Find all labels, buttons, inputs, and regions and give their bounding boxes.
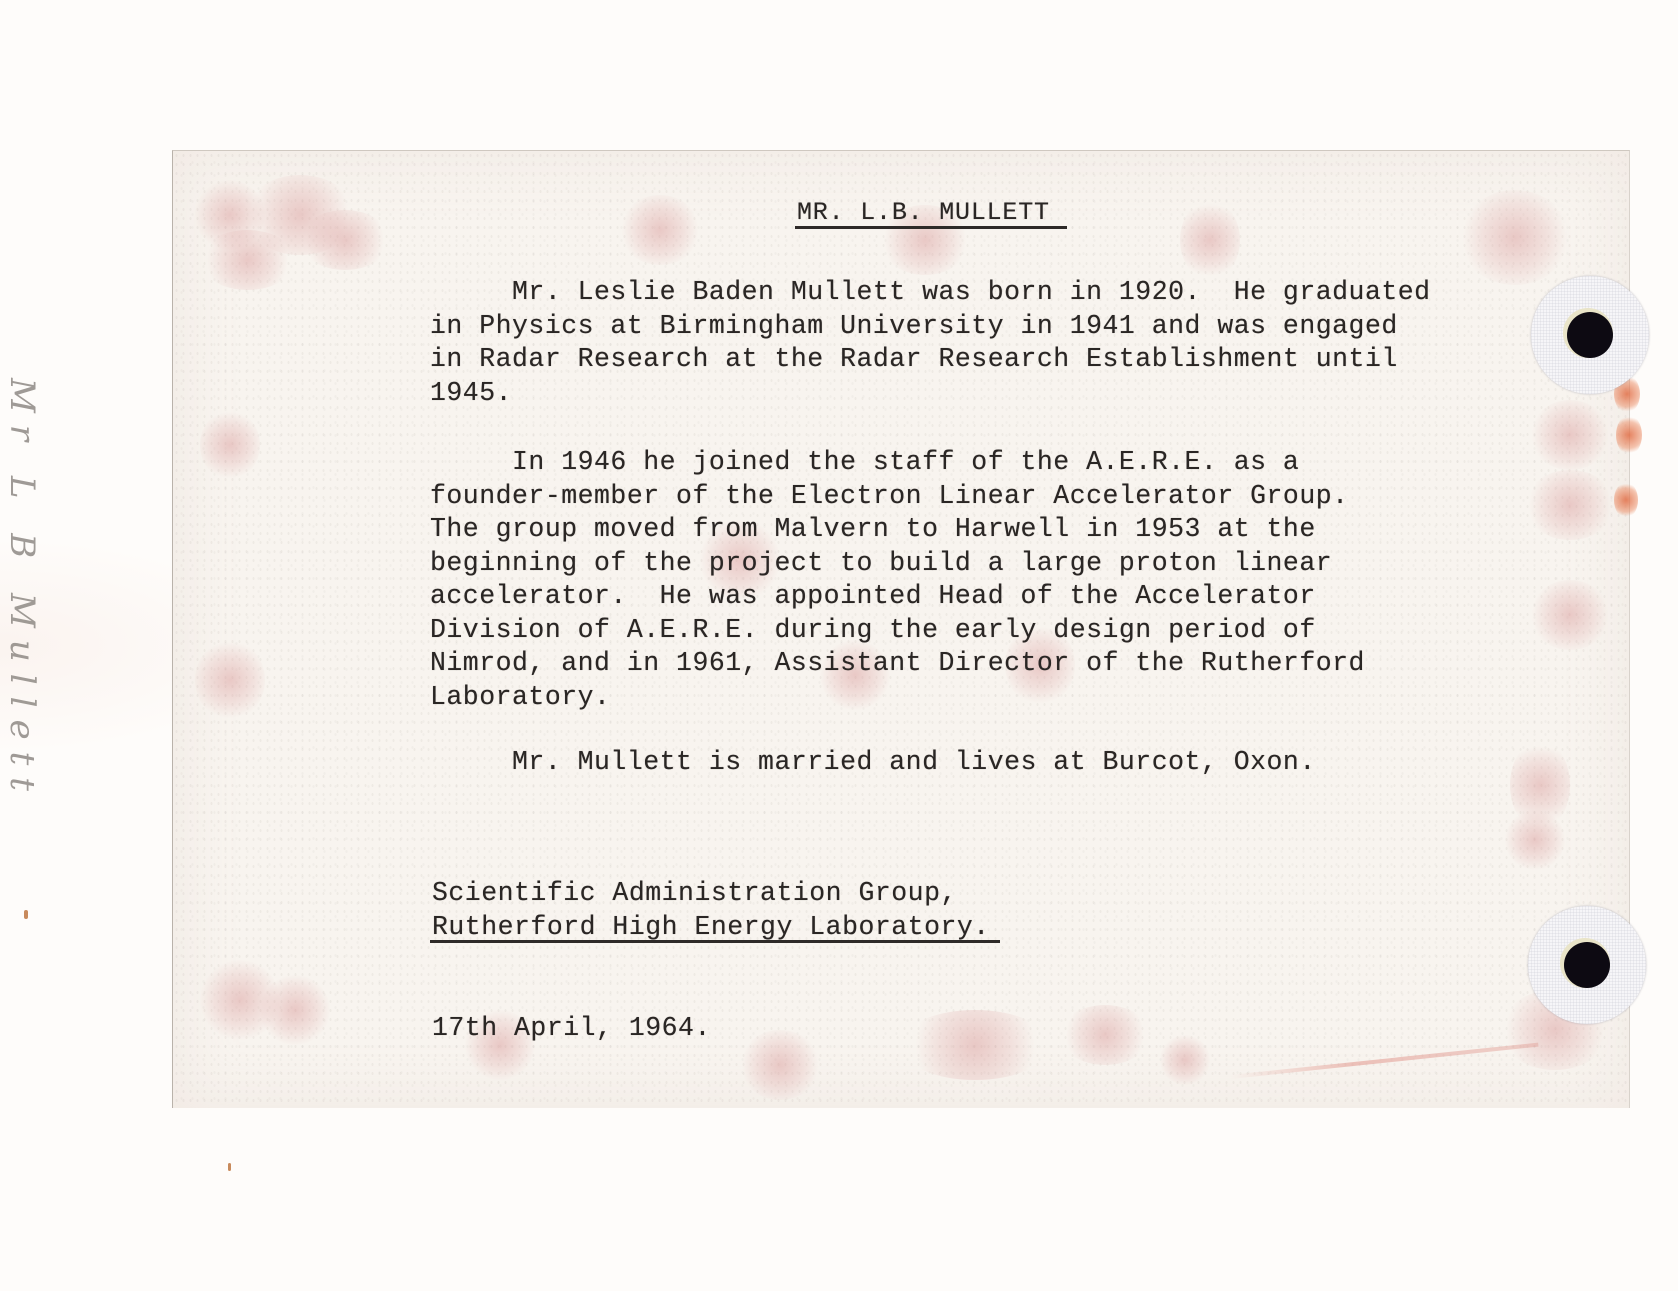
punch-hole-icon — [1567, 312, 1613, 358]
signature-line-2: Rutherford High Energy Laboratory. — [432, 912, 990, 942]
document-title: MR. L.B. MULLETT — [797, 196, 1050, 230]
punch-hole-reinforcement-bottom — [1528, 906, 1646, 1024]
ink-speck — [24, 910, 28, 919]
handwritten-margin-note: Mr L B Mullett — [2, 378, 42, 758]
ink-speck — [228, 1163, 231, 1171]
document-date: 17th April, 1964. — [432, 1012, 711, 1046]
paragraph-biography-personal: Mr. Mullett is married and lives at Burc… — [430, 746, 1316, 780]
signature-line-1: Scientific Administration Group, — [432, 878, 957, 908]
punch-hole-icon — [1564, 942, 1610, 988]
edge-mark — [1616, 415, 1642, 455]
edge-mark — [1614, 482, 1638, 518]
signature-underline — [430, 940, 1000, 943]
punch-hole-reinforcement-top — [1531, 276, 1649, 394]
paragraph-biography-early: Mr. Leslie Baden Mullett was born in 192… — [430, 276, 1431, 410]
paragraph-biography-career: In 1946 he joined the staff of the A.E.R… — [430, 446, 1365, 714]
scanned-page: Mr L B Mullett MR. L.B. MULLETT Mr. Lesl… — [0, 0, 1678, 1291]
title-underline — [795, 226, 1067, 229]
signature-block: Scientific Administration Group, Rutherf… — [432, 877, 990, 944]
